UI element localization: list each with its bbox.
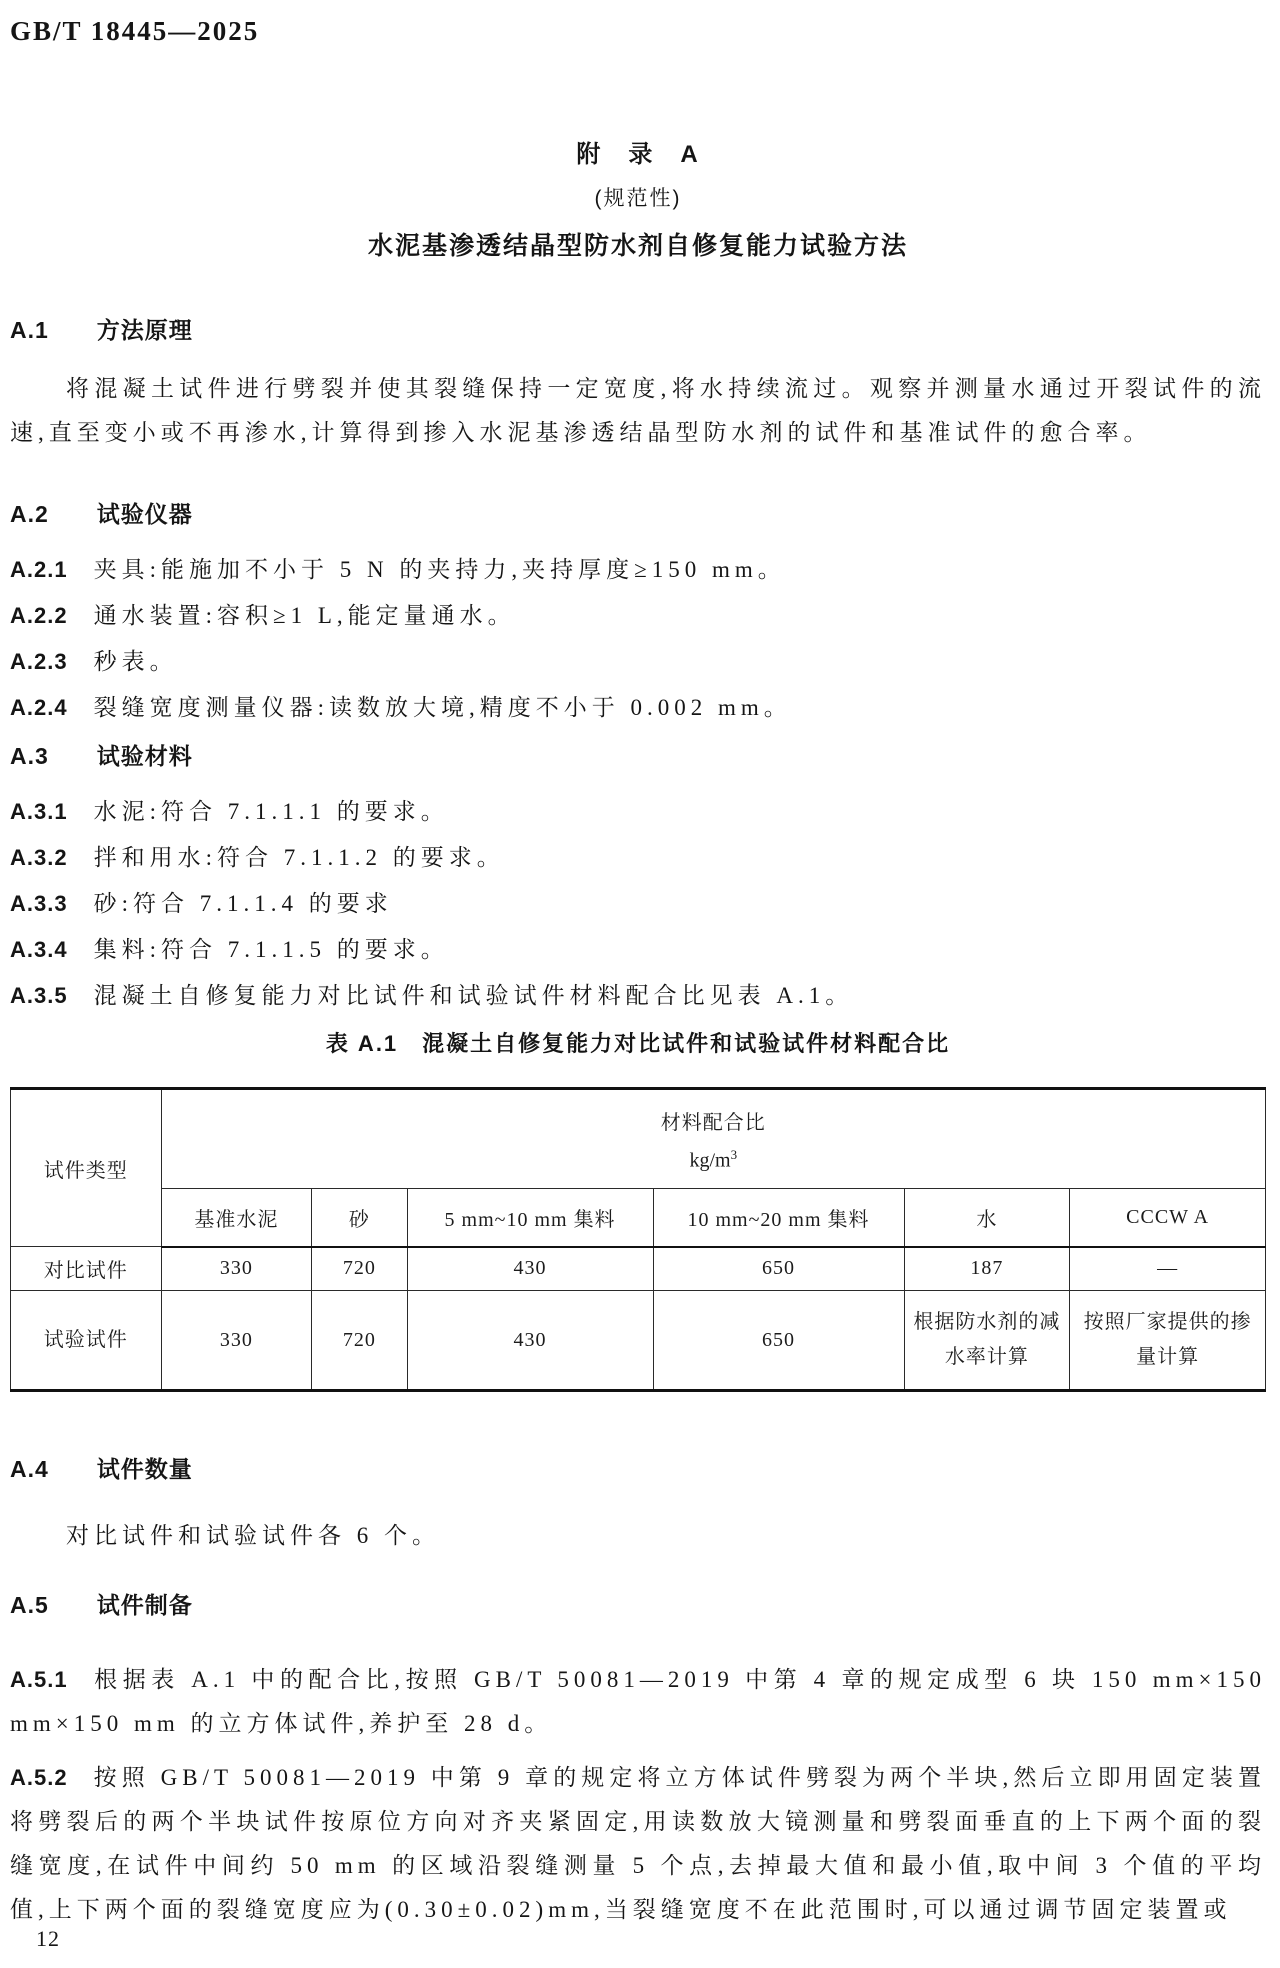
clause-text: 按照 GB/T 50081—2019 中第 9 章的规定将立方体试件劈裂为两个半… <box>10 1765 1266 1922</box>
clause-text: 集料:符合 7.1.1.5 的要求。 <box>94 937 449 962</box>
normative-label: (规范性) <box>10 185 1266 213</box>
clause-list-a2: A.2.1夹具:能施加不小于 5 N 的夹持力,夹持厚度≥150 mm。 A.2… <box>10 557 1266 721</box>
clause-a2-2: A.2.2通水装置:容积≥1 L,能定量通水。 <box>10 603 1266 629</box>
cell-value: 330 <box>161 1291 312 1391</box>
cell-value: 720 <box>312 1247 407 1291</box>
cell-specimen-type: 对比试件 <box>11 1247 162 1291</box>
paragraph-a5-2: A.5.2按照 GB/T 50081—2019 中第 9 章的规定将立方体试件劈… <box>10 1756 1266 1932</box>
cell-value: 按照厂家提供的掺量计算 <box>1070 1291 1266 1391</box>
clause-number: A.2.2 <box>10 603 68 629</box>
paragraph-a4: 对比试件和试验试件各 6 个。 <box>10 1514 1266 1558</box>
paragraph-a1: 将混凝土试件进行劈裂并使其裂缝保持一定宽度,将水持续流过。观察并测量水通过开裂试… <box>10 367 1266 455</box>
cell-value: 650 <box>653 1291 904 1391</box>
section-heading-a2: A.2试验仪器 <box>10 499 1266 529</box>
clause-number: A.3.2 <box>10 845 68 871</box>
clause-number: A.5.2 <box>10 1756 68 1800</box>
section-number-a1: A.1 <box>10 315 49 345</box>
clause-text: 夹具:能施加不小于 5 N 的夹持力,夹持厚度≥150 mm。 <box>94 557 786 582</box>
header-sand: 砂 <box>312 1189 407 1247</box>
clause-number: A.3.3 <box>10 891 68 917</box>
clause-text: 根据表 A.1 中的配合比,按照 GB/T 50081—2019 中第 4 章的… <box>10 1667 1266 1736</box>
clause-a2-1: A.2.1夹具:能施加不小于 5 N 的夹持力,夹持厚度≥150 mm。 <box>10 557 1266 583</box>
clause-a3-2: A.3.2拌和用水:符合 7.1.1.2 的要求。 <box>10 845 1266 871</box>
clause-list-a3: A.3.1水泥:符合 7.1.1.1 的要求。 A.3.2拌和用水:符合 7.1… <box>10 799 1266 1009</box>
header-aggregate-5-10: 5 mm~10 mm 集料 <box>407 1189 653 1247</box>
clause-a3-4: A.3.4集料:符合 7.1.1.5 的要求。 <box>10 937 1266 963</box>
table-header-row-top: 试件类型 材料配合比 kg/m3 <box>11 1089 1266 1189</box>
section-number-a2: A.2 <box>10 499 49 529</box>
table-a1-caption: 表 A.1 混凝土自修复能力对比试件和试验试件材料配合比 <box>10 1029 1266 1059</box>
section-title-a1: 方法原理 <box>97 317 193 343</box>
section-heading-a5: A.5试件制备 <box>10 1590 1266 1620</box>
section-number-a3: A.3 <box>10 741 49 771</box>
header-water: 水 <box>904 1189 1070 1247</box>
cell-value: 330 <box>161 1247 312 1291</box>
section-title-a3: 试验材料 <box>97 743 193 769</box>
table-row-test: 试验试件 330 720 430 650 根据防水剂的减水率计算 按照厂家提供的… <box>11 1291 1266 1391</box>
clause-a3-5: A.3.5混凝土自修复能力对比试件和试验试件材料配合比见表 A.1。 <box>10 983 1266 1009</box>
section-heading-a1: A.1方法原理 <box>10 315 1266 345</box>
clause-text: 水泥:符合 7.1.1.1 的要求。 <box>94 799 449 824</box>
title-block: 附 录 A (规范性) 水泥基渗透结晶型防水剂自修复能力试验方法 <box>10 139 1266 263</box>
section-title-a5: 试件制备 <box>97 1592 193 1618</box>
cell-value: 720 <box>312 1291 407 1391</box>
clause-a3-1: A.3.1水泥:符合 7.1.1.1 的要求。 <box>10 799 1266 825</box>
clause-text: 通水装置:容积≥1 L,能定量通水。 <box>94 603 516 628</box>
table-header-row-sub: 基准水泥 砂 5 mm~10 mm 集料 10 mm~20 mm 集料 水 CC… <box>11 1189 1266 1247</box>
paragraph-a5-1: A.5.1根据表 A.1 中的配合比,按照 GB/T 50081—2019 中第… <box>10 1658 1266 1746</box>
clause-number: A.5.1 <box>10 1658 68 1702</box>
header-cccw-a: CCCW A <box>1070 1189 1266 1247</box>
cell-value: 187 <box>904 1247 1070 1291</box>
cell-value: 430 <box>407 1291 653 1391</box>
clause-number: A.3.1 <box>10 799 68 825</box>
header-specimen-type: 试件类型 <box>11 1089 162 1247</box>
clause-a3-3: A.3.3砂:符合 7.1.1.4 的要求 <box>10 891 1266 917</box>
table-a1: 试件类型 材料配合比 kg/m3 基准水泥 砂 5 mm~10 mm 集料 10… <box>10 1087 1266 1392</box>
header-aggregate-10-20: 10 mm~20 mm 集料 <box>653 1189 904 1247</box>
section-number-a5: A.5 <box>10 1590 49 1620</box>
clause-text: 拌和用水:符合 7.1.1.2 的要求。 <box>94 845 505 870</box>
section-heading-a4: A.4试件数量 <box>10 1454 1266 1484</box>
table-row-comparison: 对比试件 330 720 430 650 187 — <box>11 1247 1266 1291</box>
unit-label: kg/m3 <box>168 1147 1259 1173</box>
section-title-a4: 试件数量 <box>97 1456 193 1482</box>
clause-number: A.3.5 <box>10 983 68 1009</box>
clause-a2-4: A.2.4裂缝宽度测量仪器:读数放大境,精度不小于 0.002 mm。 <box>10 695 1266 721</box>
clause-number: A.2.1 <box>10 557 68 583</box>
cell-value: 430 <box>407 1247 653 1291</box>
doc-number: GB/T 18445—2025 <box>10 16 1266 47</box>
cell-value: — <box>1070 1247 1266 1291</box>
document-page: GB/T 18445—2025 附 录 A (规范性) 水泥基渗透结晶型防水剂自… <box>0 0 1280 1968</box>
clause-text: 砂:符合 7.1.1.4 的要求 <box>94 891 393 916</box>
cell-specimen-type: 试验试件 <box>11 1291 162 1391</box>
page-number: 12 <box>36 1926 60 1952</box>
section-heading-a3: A.3试验材料 <box>10 741 1266 771</box>
section-number-a4: A.4 <box>10 1454 49 1484</box>
clause-a2-3: A.2.3秒表。 <box>10 649 1266 675</box>
clause-number: A.3.4 <box>10 937 68 963</box>
clause-text: 混凝土自修复能力对比试件和试验试件材料配合比见表 A.1。 <box>94 983 854 1008</box>
clause-text: 秒表。 <box>94 649 178 674</box>
appendix-title: 附 录 A <box>10 139 1266 171</box>
header-base-cement: 基准水泥 <box>161 1189 312 1247</box>
cell-value: 650 <box>653 1247 904 1291</box>
unit-superscript: 3 <box>731 1147 738 1162</box>
unit-text: kg/m <box>689 1149 730 1171</box>
method-title: 水泥基渗透结晶型防水剂自修复能力试验方法 <box>10 229 1266 263</box>
clause-number: A.2.4 <box>10 695 68 721</box>
clause-text: 裂缝宽度测量仪器:读数放大境,精度不小于 0.002 mm。 <box>94 695 792 720</box>
clause-number: A.2.3 <box>10 649 68 675</box>
cell-value: 根据防水剂的减水率计算 <box>904 1291 1070 1391</box>
section-title-a2: 试验仪器 <box>97 501 193 527</box>
mix-ratio-label: 材料配合比 <box>168 1106 1259 1135</box>
header-mix-ratio-group: 材料配合比 kg/m3 <box>161 1089 1265 1189</box>
